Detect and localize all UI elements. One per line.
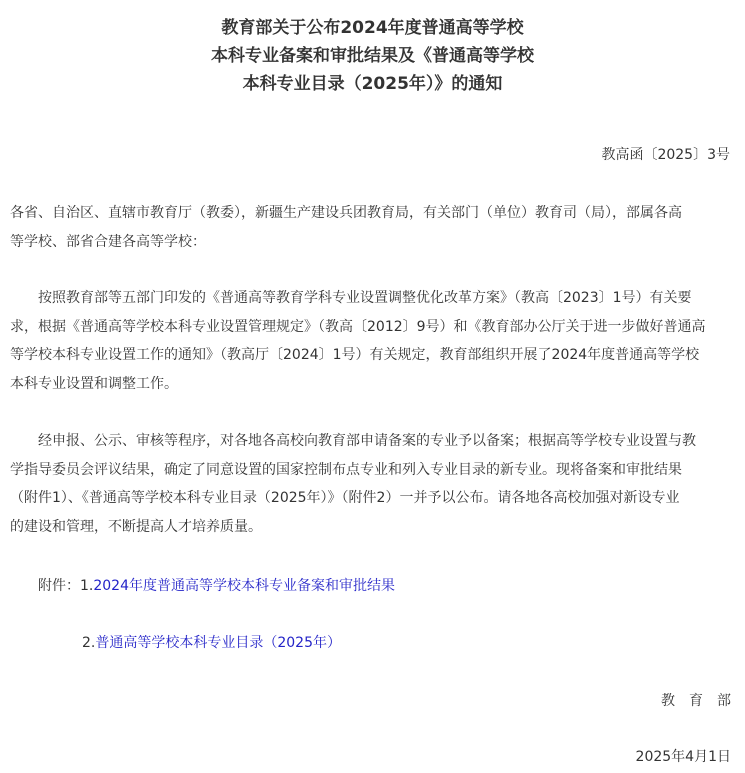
attachment-2: 2.普通高等学校本科专业目录（2025年） (82, 633, 341, 653)
body-paragraph-2: 经申报、公示、审核等程序，对各地各高校向教育部申请备案的专业予以备案；根据高等学… (10, 427, 732, 542)
paragraph-line: 本科专业设置和调整工作。 (10, 370, 732, 399)
paragraph-line: 经申报、公示、审核等程序，对各地各高校向教育部申请备案的专业予以备案；根据高等学… (10, 427, 732, 456)
body-paragraph-1: 按照教育部等五部门印发的《普通高等教育学科专业设置调整优化改革方案》（教高〔20… (10, 284, 732, 399)
attachment-1: 附件：1.2024年度普通高等学校本科专业备案和审批结果 (38, 576, 395, 596)
paragraph-line: 的建设和管理，不断提高人才培养质量。 (10, 513, 732, 542)
attachments-label: 附件： (38, 578, 80, 594)
title-line-2: 本科专业备案和审批结果及《普通高等学校 (0, 42, 745, 70)
paragraph-line: （附件1）、《普通高等学校本科专业目录（2025年）》（附件2）一并予以公布。请… (10, 484, 732, 513)
paragraph-line: 等学校本科专业设置工作的通知》（教高厅〔2024〕1号）有关规定，教育部组织开展… (10, 341, 732, 370)
attachment-link-1[interactable]: 2024年度普通高等学校本科专业备案和审批结果 (93, 578, 395, 594)
paragraph-line: 按照教育部等五部门印发的《普通高等教育学科专业设置调整优化改革方案》（教高〔20… (10, 284, 732, 313)
notice-page: 教育部关于公布2024年度普通高等学校 本科专业备案和审批结果及《普通高等学校 … (0, 0, 745, 773)
paragraph-line: 等学校、部省合建各高等学校： (10, 228, 732, 257)
page-title: 教育部关于公布2024年度普通高等学校 本科专业备案和审批结果及《普通高等学校 … (0, 14, 745, 98)
document-number: 教高函〔2025〕3号 (601, 145, 730, 165)
attachment-number: 1. (80, 578, 93, 594)
paragraph-line: 学指导委员会评议结果，确定了同意设置的国家控制布点专业和列入专业目录的新专业。现… (10, 456, 732, 485)
addressee-paragraph: 各省、自治区、直辖市教育厅（教委），新疆生产建设兵团教育局，有关部门（单位）教育… (10, 199, 732, 256)
signature: 教育部 (661, 691, 745, 711)
attachment-link-2[interactable]: 普通高等学校本科专业目录（2025年） (95, 635, 341, 651)
paragraph-line: 各省、自治区、直辖市教育厅（教委），新疆生产建设兵团教育局，有关部门（单位）教育… (10, 199, 732, 228)
title-line-3: 本科专业目录（2025年）》的通知 (0, 70, 745, 98)
attachment-number: 2. (82, 635, 95, 651)
issue-date: 2025年4月1日 (636, 747, 731, 767)
title-line-1: 教育部关于公布2024年度普通高等学校 (0, 14, 745, 42)
paragraph-line: 求，根据《普通高等学校本科专业设置管理规定》（教高〔2012〕9号）和《教育部办… (10, 313, 732, 342)
